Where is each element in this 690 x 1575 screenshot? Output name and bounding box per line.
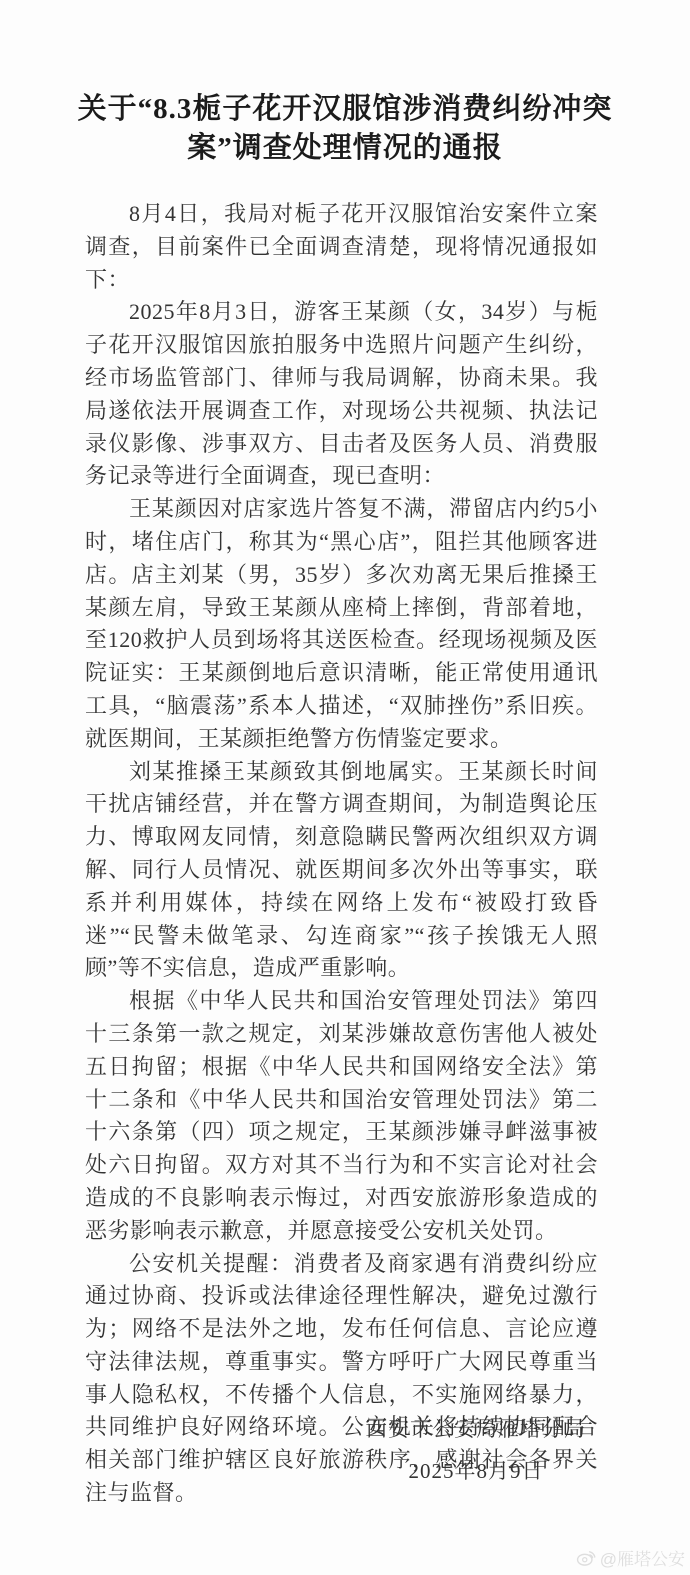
watermark: @雁塔公安 [576, 1545, 685, 1570]
document-title-line2: 案”调查处理情况的通报 [187, 132, 503, 164]
paragraph-incident: 2025年8月3日，游客王某颜（女，34岁）与栀子花开汉服馆因旅拍服务中选照片问… [85, 296, 598, 493]
paragraph-penalties: 根据《中华人民共和国治安管理处罚法》第四十三条第一款之规定，刘某涉嫌故意伤害他人… [85, 985, 598, 1247]
paragraph-conduct: 刘某推搡王某颜致其倒地属实。王某颜长时间干扰店铺经营，并在警方调查期间，为制造舆… [85, 756, 598, 986]
weibo-icon [576, 1547, 597, 1568]
paragraph-findings: 王某颜因对店家选片答复不满，滞留店内约5小时，堵住店门，称其为“黑心店”，阻拦其… [85, 493, 598, 755]
paragraph-intro: 8月4日，我局对栀子花开汉服馆治安案件立案调查，目前案件已全面调查清楚，现将情况… [85, 198, 598, 296]
issuing-authority: 西安市公安局雁塔分局 [366, 1416, 586, 1442]
document-title: 关于“8.3栀子花开汉服馆涉消费纠纷冲突 案”调查处理情况的通报 [60, 90, 630, 168]
issue-date: 2025年8月9日 [366, 1458, 586, 1484]
document-body: 8月4日，我局对栀子花开汉服馆治安案件立案调查，目前案件已全面调查清楚，现将情况… [85, 198, 598, 1510]
notice-document: 关于“8.3栀子花开汉服馆涉消费纠纷冲突 案”调查处理情况的通报 8月4日，我局… [0, 0, 690, 1575]
signature-block: 西安市公安局雁塔分局 2025年8月9日 [366, 1416, 586, 1484]
watermark-handle: @雁塔公安 [600, 1545, 685, 1570]
document-title-line1: 关于“8.3栀子花开汉服馆涉消费纠纷冲突 [78, 93, 613, 125]
